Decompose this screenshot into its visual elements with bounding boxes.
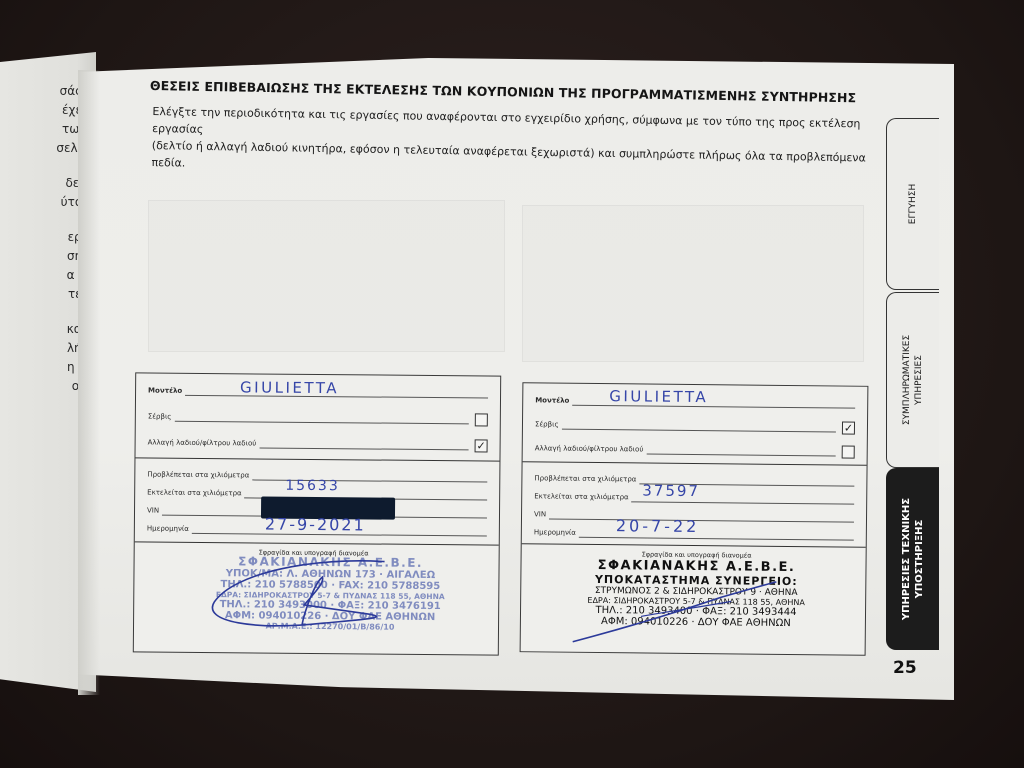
performed-km-label: Εκτελείται στα χιλιόμετρα xyxy=(534,492,629,502)
vin-label: VIN xyxy=(534,510,546,519)
tab-supplementary-services[interactable]: ΣΥΜΠΛΗΡΩΜΑΤΙΚΕΣ ΥΠΗΡΕΣΙΕΣ xyxy=(886,292,939,468)
planned-km-label: Προβλέπεται στα χιλιόμετρα xyxy=(534,474,636,484)
dealer-stamp: ΣΦΑΚΙΑΝΑΚΗΣ Α.Ε.Β.Ε. ΥΠΟΚ/ΜΑ: Λ. ΑΘΗΝΩΝ … xyxy=(190,554,471,632)
oil-change-checkbox[interactable] xyxy=(842,446,855,459)
performed-km-value: 15633 xyxy=(285,478,340,494)
service-field[interactable]: Σέρβις ✓ xyxy=(535,413,855,432)
oil-change-label: Αλλαγή λαδιού/φίλτρου λαδιού xyxy=(535,444,644,454)
instructions: Ελέγξτε την περιοδικότητα και τις εργασί… xyxy=(151,103,872,184)
service-checkbox[interactable] xyxy=(475,413,488,426)
date-label: Ημερομηνία xyxy=(147,525,189,534)
show-through-ghost xyxy=(522,205,864,362)
maintenance-coupon-1: Μοντέλο GIULIETTA Σέρβις Αλλαγή λαδιού/φ… xyxy=(133,372,501,655)
page-number: 25 xyxy=(893,658,917,678)
oil-change-field[interactable]: Αλλαγή λαδιού/φίλτρου λαδιού xyxy=(535,437,855,456)
vin-label: VIN xyxy=(147,507,159,516)
oil-change-field[interactable]: Αλλαγή λαδιού/φίλτρου λαδιού ✓ xyxy=(148,432,488,451)
service-checkbox[interactable]: ✓ xyxy=(842,422,855,435)
tab-warranty[interactable]: ΕΓΓΥΗΣΗ xyxy=(886,118,939,290)
performed-km-label: Εκτελείται στα χιλιόμετρα xyxy=(147,489,242,499)
planned-km-label: Προβλέπεται στα χιλιόμετρα xyxy=(147,471,249,481)
model-label: Μοντέλο xyxy=(535,396,569,405)
service-label: Σέρβις xyxy=(535,420,559,429)
stamp-line: ΑΦΜ: 094010226 · ΔΟΥ ΦΑΕ ΑΘΗΝΩΝ xyxy=(541,615,851,629)
model-value: GIULIETTA xyxy=(609,387,708,406)
date-label: Ημερομηνία xyxy=(534,528,576,537)
model-value: GIULIETTA xyxy=(240,378,339,397)
performed-km-value: 37597 xyxy=(642,481,700,500)
tab-label: ΕΓΓΥΗΣΗ xyxy=(907,184,919,224)
date-value: 20-7-22 xyxy=(616,516,700,536)
model-label: Μοντέλο xyxy=(148,387,182,396)
oil-change-label: Αλλαγή λαδιού/φίλτρου λαδιού xyxy=(148,439,257,449)
dealer-stamp: ΣΦΑΚΙΑΝΑΚΗΣ Α.Ε.Β.Ε. ΥΠΟΚΑΤΑΣΤΗΜΑ ΣΥΝΕΡΓ… xyxy=(541,557,852,629)
tab-label: ΥΠΗΡΕΣΙΕΣ ΤΕΧΝΙΚΗΣ ΥΠΟΣΤΗΡΙΞΗΣ xyxy=(900,498,926,620)
page-gutter xyxy=(78,70,100,695)
tab-technical-support-services[interactable]: ΥΠΗΡΕΣΙΕΣ ΤΕΧΝΙΚΗΣ ΥΠΟΣΤΗΡΙΞΗΣ xyxy=(886,468,939,650)
service-label: Σέρβις xyxy=(148,413,172,422)
oil-change-checkbox[interactable]: ✓ xyxy=(475,439,488,452)
show-through-ghost xyxy=(148,200,505,352)
service-field[interactable]: Σέρβις xyxy=(148,406,488,425)
date-value: 27-9-2021 xyxy=(265,515,366,535)
maintenance-coupon-2: Μοντέλο GIULIETTA Σέρβις ✓ Αλλαγή λαδιού… xyxy=(520,382,869,656)
tab-label: ΣΥΜΠΛΗΡΩΜΑΤΙΚΕΣ ΥΠΗΡΕΣΙΕΣ xyxy=(901,335,925,425)
